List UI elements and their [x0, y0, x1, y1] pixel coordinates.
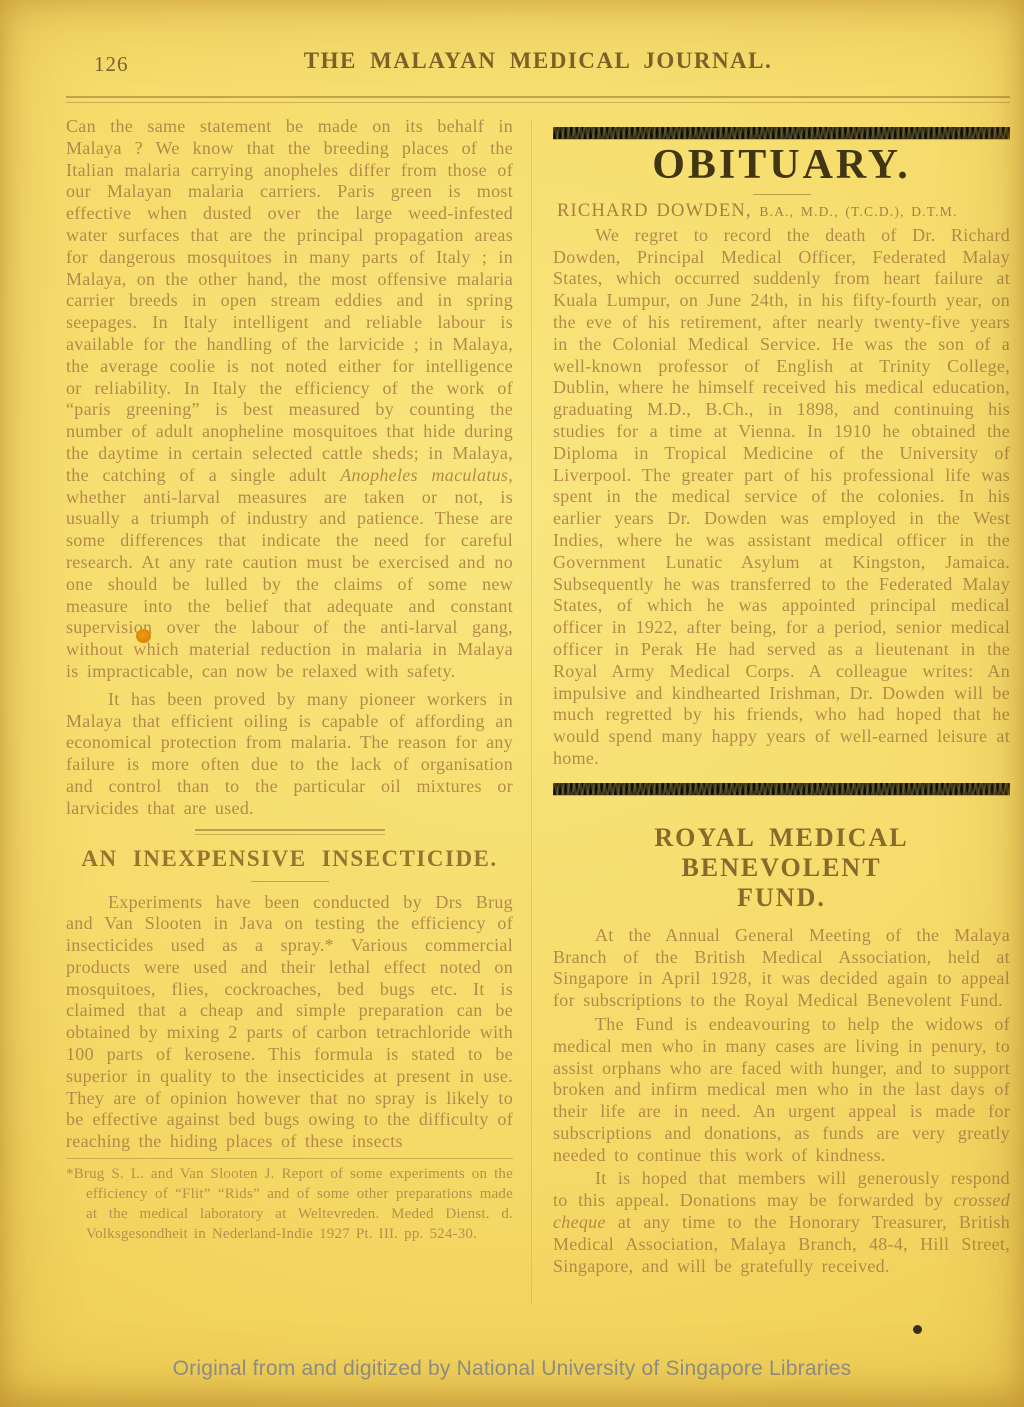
- insecticide-paragraph: Experiments have been conducted by Drs B…: [66, 892, 513, 1154]
- obituary-name-line: RICHARD DOWDEN, B.A., M.D., (T.C.D.), D.…: [553, 200, 1010, 223]
- deceased-credentials: B.A., M.D., (T.C.D.), D.T.M.: [759, 204, 957, 219]
- malaria-paragraph-1: Can the same statement be made on its be…: [66, 116, 513, 683]
- fund-paragraph-2: The Fund is endeavouring to help the wid…: [553, 1014, 1010, 1167]
- journal-page-scan: 126 THE MALAYAN MEDICAL JOURNAL. Can the…: [0, 0, 1024, 1407]
- section-double-rule: [195, 829, 385, 835]
- fund-paragraph-1: At the Annual General Meeting of the Mal…: [553, 925, 1010, 1012]
- journal-title: THE MALAYAN MEDICAL JOURNAL.: [66, 48, 1010, 74]
- fund-banner-bar: [553, 783, 1010, 795]
- header-double-rule: [66, 96, 1010, 103]
- obituary-paragraph: We regret to record the death of Dr. Ric…: [553, 225, 1010, 770]
- footnote: *Brug S. L. and Van Slooten J. Report of…: [66, 1158, 513, 1244]
- deceased-name: RICHARD DOWDEN,: [557, 201, 752, 221]
- column-divider-rule: [531, 120, 532, 1305]
- heading-sub-rule: [251, 881, 329, 882]
- orange-ink-stain: [136, 629, 151, 643]
- left-column: Can the same statement be made on its be…: [66, 116, 513, 1244]
- right-column: OBITUARY. RICHARD DOWDEN, B.A., M.D., (T…: [553, 116, 1010, 1277]
- fund-heading: ROYAL MEDICAL BENEVOLENTFUND.: [553, 823, 1010, 913]
- obituary-banner-bar: [553, 127, 1010, 139]
- malaria-paragraph-2: It has been proved by many pioneer worke…: [66, 689, 513, 820]
- digitization-footer: Original from and digitized by National …: [0, 1357, 1024, 1381]
- fund-paragraph-3: It is hoped that members will generously…: [553, 1168, 1010, 1277]
- insecticide-section-heading: AN INEXPENSIVE INSECTICIDE.: [66, 846, 513, 872]
- obituary-heading-rule: [753, 194, 811, 195]
- black-dot-mark: [913, 1325, 922, 1334]
- obituary-heading: OBITUARY.: [553, 142, 1010, 189]
